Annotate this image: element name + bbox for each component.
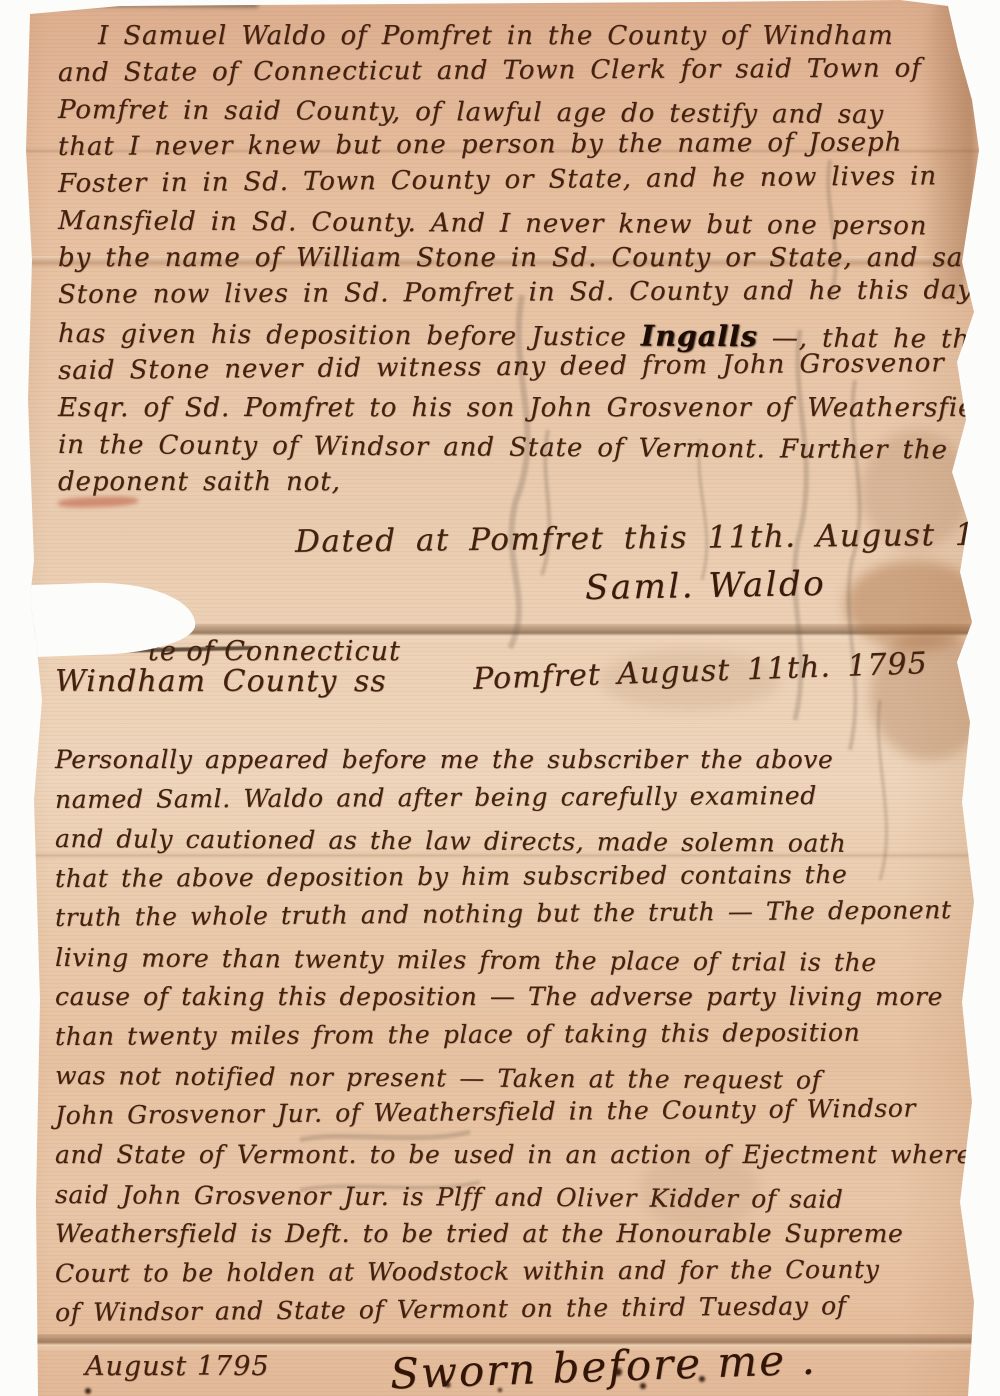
handwritten-line: Personally appeared before me the subscr… (55, 740, 955, 780)
deposition-body-top: I Samuel Waldo of Pomfret in the County … (58, 18, 938, 501)
handwritten-line: I Samuel Waldo of Pomfret in the County … (58, 18, 938, 55)
handwritten-line: than twenty miles from the place of taki… (55, 1012, 955, 1056)
closing-line: August 1795 Sworn before me . (85, 1336, 816, 1385)
handwritten-line: deponent saith not, (58, 464, 938, 501)
county-heading: Windham County ss (55, 664, 387, 699)
handwritten-line: Stone now lives in Sd. Pomfret in Sd. Co… (58, 272, 938, 314)
handwritten-line: Esqr. of Sd. Pomfret to his son John Gro… (58, 390, 938, 427)
handwritten-line: of Windsor and State of Vermont on the t… (55, 1285, 955, 1332)
handwritten-line: said John Grosvenor Jur. is Plff and Oli… (55, 1175, 955, 1220)
closing-date: August 1795 (85, 1351, 270, 1382)
scanned-document-page: I Samuel Waldo of Pomfret in the County … (0, 0, 1000, 1396)
handwritten-line: John Grosvenor Jur. of Weathersfield in … (55, 1088, 955, 1135)
handwritten-line: by the name of William Stone in Sd. Coun… (58, 240, 938, 277)
handwritten-text: has given his deposition before Justice (58, 319, 641, 353)
jurat-heading: Windham County ss Pomfret August 11th. 1… (55, 664, 928, 699)
handwritten-line: truth the whole truth and nothing but th… (55, 890, 955, 937)
state-heading-fragment: te of Connecticut (148, 636, 401, 667)
handwritten-line: said Stone never did witness any deed fr… (58, 345, 938, 390)
jurat-body: Personally appeared before me the subscr… (55, 740, 955, 1333)
handwritten-line: Weathersfield is Deft. to be tried at th… (55, 1214, 955, 1254)
signature-sam-waldo: Saml. Waldo (585, 564, 827, 608)
handwritten-line: Mansfield in Sd. County. And I never kne… (58, 203, 938, 245)
handwritten-line: cause of taking this deposition — The ad… (55, 977, 955, 1017)
handwritten-line: living more than twenty miles from the p… (55, 938, 955, 983)
paper-sheet: I Samuel Waldo of Pomfret in the County … (0, 0, 1000, 1396)
handwritten-line: named Saml. Waldo and after being carefu… (55, 775, 955, 819)
handwritten-line: in the County of Windsor and State of Ve… (58, 427, 938, 469)
handwritten-line: and State of Connecticut and Town Clerk … (58, 50, 938, 92)
handwritten-line: Foster in in Sd. Town County or State, a… (58, 158, 938, 203)
dated-line: Dated at Pomfret this 11th. August 1795 (295, 516, 1000, 560)
handwritten-line: and State of Vermont. to be used in an a… (55, 1135, 955, 1175)
